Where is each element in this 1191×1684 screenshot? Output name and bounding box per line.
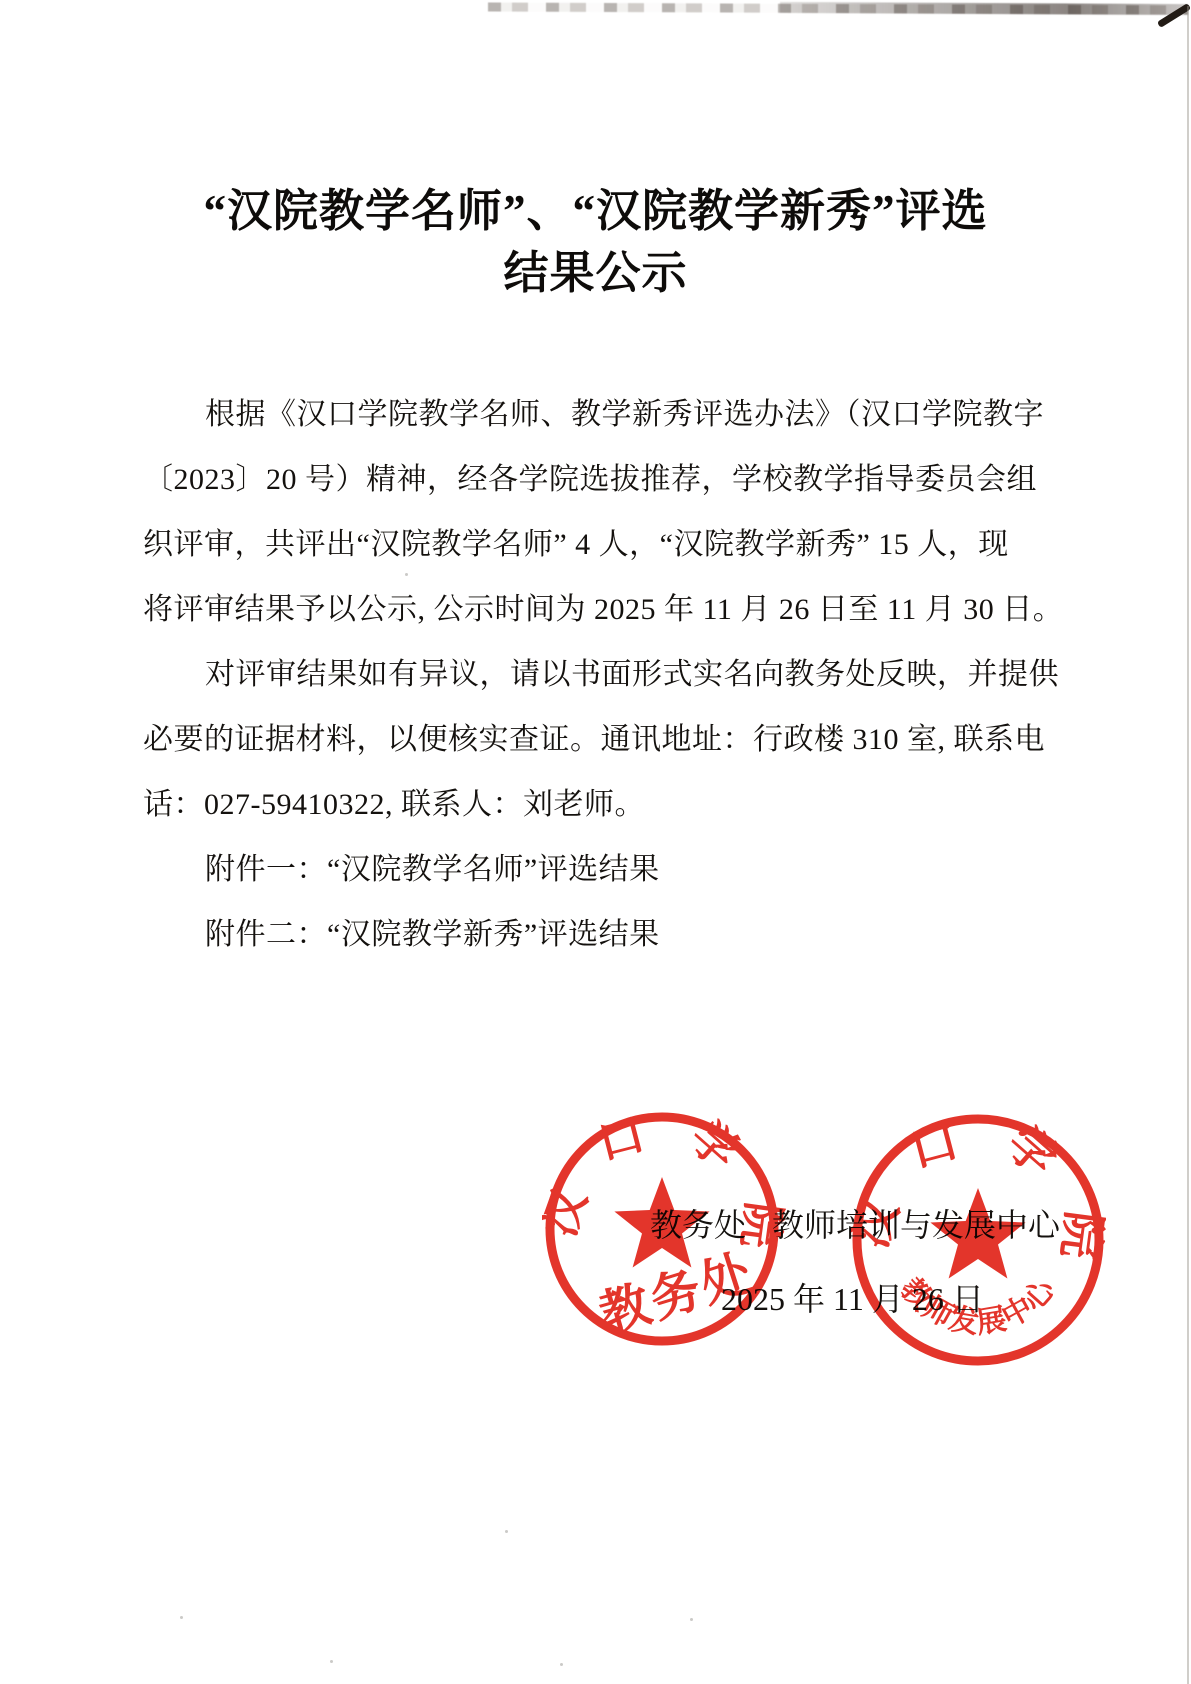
body-line-2: 〔2023〕20 号）精神，经各学院选拔推荐，学校教学指导委员会组	[143, 447, 1058, 512]
body-line-7: 话：027-59410322, 联系人：刘老师。	[143, 772, 1058, 837]
attachment-line-2: 附件二：“汉院教学新秀”评选结果	[143, 902, 1058, 967]
document-title: “汉院教学名师”、“汉院教学新秀”评选 结果公示	[0, 180, 1191, 304]
attachment-line-1: 附件一：“汉院教学名师”评选结果	[143, 837, 1058, 902]
body-line-1: 根据《汉口学院教学名师、教学新秀评选办法》（汉口学院教字	[143, 382, 1058, 447]
scan-speck	[505, 1530, 508, 1533]
seal-bottom-text: 教务处	[593, 1244, 761, 1344]
document-title-line2: 结果公示	[0, 242, 1191, 304]
scan-noise-band-dark	[780, 2, 1188, 15]
official-seal-academic-affairs: 汉口学院 教务处	[542, 1105, 786, 1355]
seal-bottom-text: 教师发展中心	[894, 1272, 1063, 1340]
scan-speck	[180, 1616, 183, 1619]
scan-speck	[690, 1618, 693, 1621]
official-seal-teacher-development-center: 汉口学院 教师发展中心	[850, 1112, 1106, 1370]
scan-speck	[560, 1663, 563, 1666]
scan-speck	[330, 1660, 333, 1663]
document-body: 根据《汉口学院教学名师、教学新秀评选办法》（汉口学院教字 〔2023〕20 号）…	[143, 382, 1058, 967]
star-icon	[614, 1177, 709, 1268]
body-line-6: 必要的证据材料，以便核实查证。通讯地址：行政楼 310 室, 联系电	[143, 707, 1058, 772]
star-icon	[930, 1188, 1025, 1279]
document-title-line1: “汉院教学名师”、“汉院教学新秀”评选	[0, 180, 1191, 242]
body-line-3: 织评审，共评出“汉院教学名师” 4 人，“汉院教学新秀” 15 人，现	[143, 512, 1058, 577]
body-line-4: 将评审结果予以公示, 公示时间为 2025 年 11 月 26 日至 11 月 …	[143, 577, 1058, 642]
scanned-document-page: “汉院教学名师”、“汉院教学新秀”评选 结果公示 根据《汉口学院教学名师、教学新…	[0, 0, 1191, 1684]
body-line-5: 对评审结果如有异议，请以书面形式实名向教务处反映，并提供	[143, 642, 1058, 707]
